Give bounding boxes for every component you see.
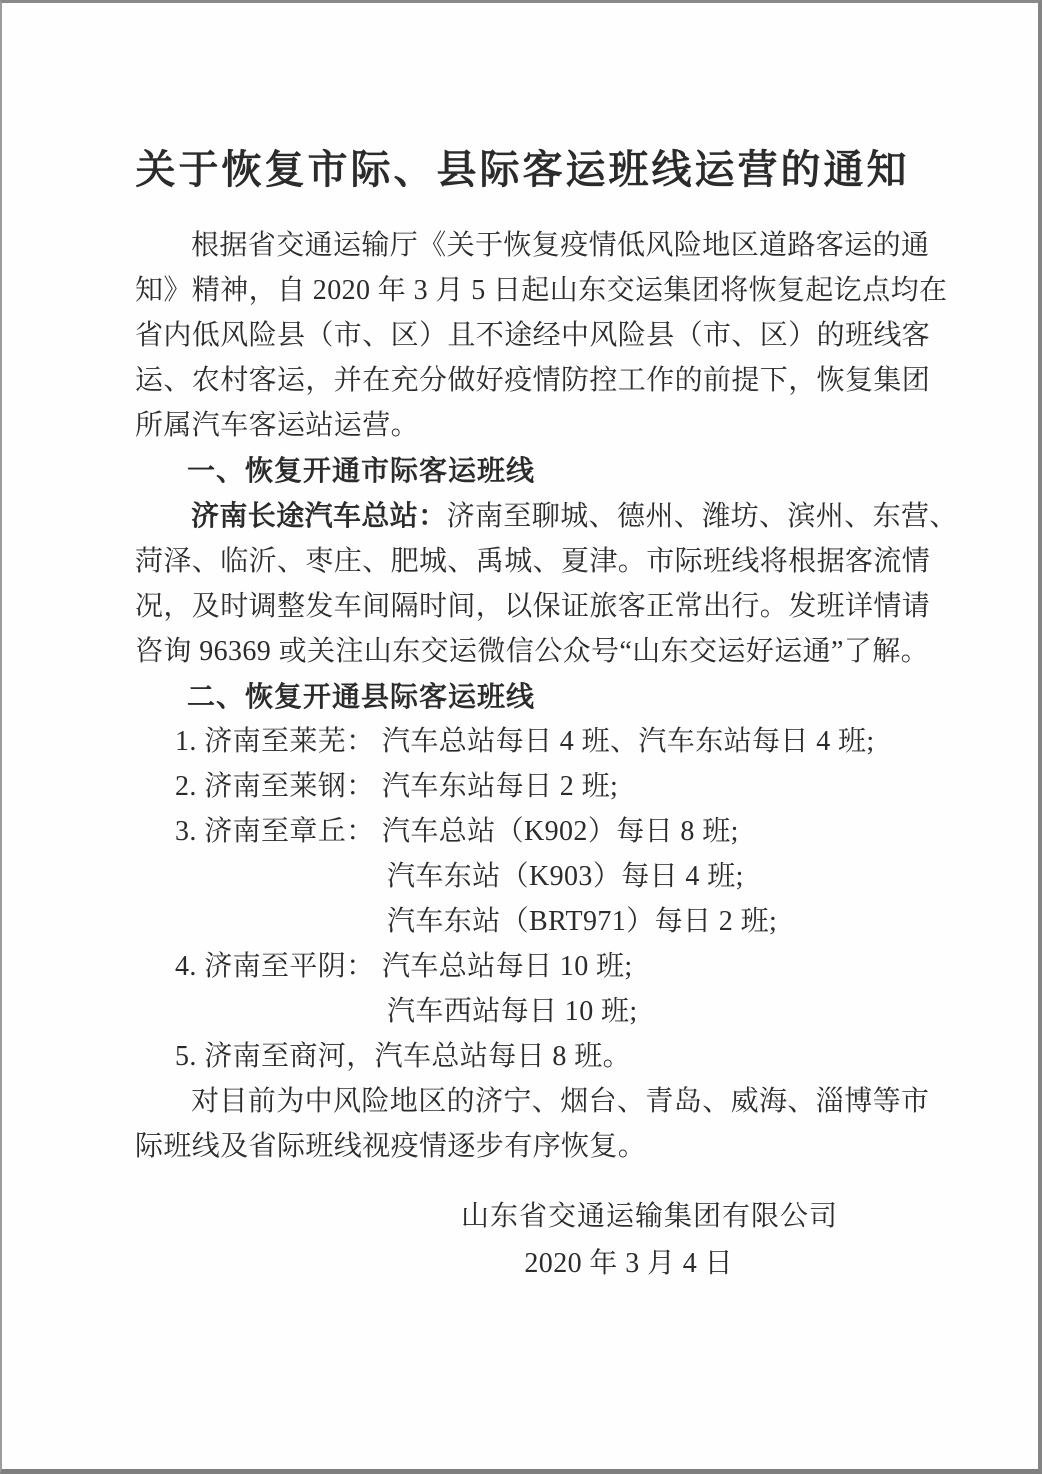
list-item-continuation: 汽车东站（BRT971）每日 2 班; xyxy=(135,899,910,944)
paragraph-line: 知》精神，自 2020 年 3 月 5 日起山东交运集团将恢复起讫点均在 xyxy=(135,268,910,313)
paragraph-line: 所属汽车客运站运营。 xyxy=(135,403,910,448)
paragraph-line: 菏泽、临沂、枣庄、肥城、禹城、夏津。市际班线将根据客流情 xyxy=(135,539,910,584)
section-heading-2: 二、恢复开通县际客运班线 xyxy=(135,674,910,719)
list-item: 3. 济南至章丘： 汽车总站（K902）每日 8 班; xyxy=(135,809,910,854)
document-content: 关于恢复市际、县际客运班线运营的通知 根据省交通运输厅《关于恢复疫情低风险地区道… xyxy=(135,141,910,1289)
paragraph-line: 运、农村客运，并在充分做好疫情防控工作的前提下，恢复集团 xyxy=(135,358,910,403)
signature-company: 山东省交通运输集团有限公司 xyxy=(135,1194,910,1239)
signature-block: 山东省交通运输集团有限公司 2020 年 3 月 4 日 xyxy=(135,1194,910,1289)
page-title: 关于恢复市际、县际客运班线运营的通知 xyxy=(135,141,910,199)
station-name-bold: 济南长途汽车总站： xyxy=(191,500,447,531)
paragraph-line: 济南长途汽车总站：济南至聊城、德州、潍坊、滨州、东营、 xyxy=(135,493,910,539)
list-item: 2. 济南至莱钢： 汽车东站每日 2 班; xyxy=(135,764,910,809)
document-body: 根据省交通运输厅《关于恢复疫情低风险地区道路客运的通 知》精神，自 2020 年… xyxy=(135,223,910,1289)
list-item: 5. 济南至商河，汽车总站每日 8 班。 xyxy=(135,1034,910,1079)
list-item: 4. 济南至平阴： 汽车总站每日 10 班; xyxy=(135,944,910,989)
list-item-continuation: 汽车西站每日 10 班; xyxy=(135,989,910,1034)
paragraph-line: 咨询 96369 或关注山东交运微信公众号“山东交运好运通”了解。 xyxy=(135,629,910,674)
paragraph-line: 省内低风险县（市、区）且不途经中风险县（市、区）的班线客 xyxy=(135,313,910,358)
paragraph-line: 况，及时调整发车间隔时间，以保证旅客正常出行。发班详情请 xyxy=(135,584,910,629)
paragraph-text: 济南至聊城、德州、潍坊、滨州、东营、 xyxy=(447,501,958,532)
signature-date: 2020 年 3 月 4 日 xyxy=(135,1239,910,1289)
list-item: 1. 济南至莱芜： 汽车总站每日 4 班、汽车东站每日 4 班; xyxy=(135,719,910,764)
paragraph-line: 际班线及省际班线视疫情逐步有序恢复。 xyxy=(135,1124,910,1169)
scanned-notice-page: 关于恢复市际、县际客运班线运营的通知 根据省交通运输厅《关于恢复疫情低风险地区道… xyxy=(0,0,1042,1474)
paragraph-line: 根据省交通运输厅《关于恢复疫情低风险地区道路客运的通 xyxy=(135,223,910,268)
paragraph-line: 对目前为中风险地区的济宁、烟台、青岛、威海、淄博等市 xyxy=(135,1079,910,1124)
section-heading-1: 一、恢复开通市际客运班线 xyxy=(135,448,910,493)
list-item-continuation: 汽车东站（K903）每日 4 班; xyxy=(135,854,910,899)
